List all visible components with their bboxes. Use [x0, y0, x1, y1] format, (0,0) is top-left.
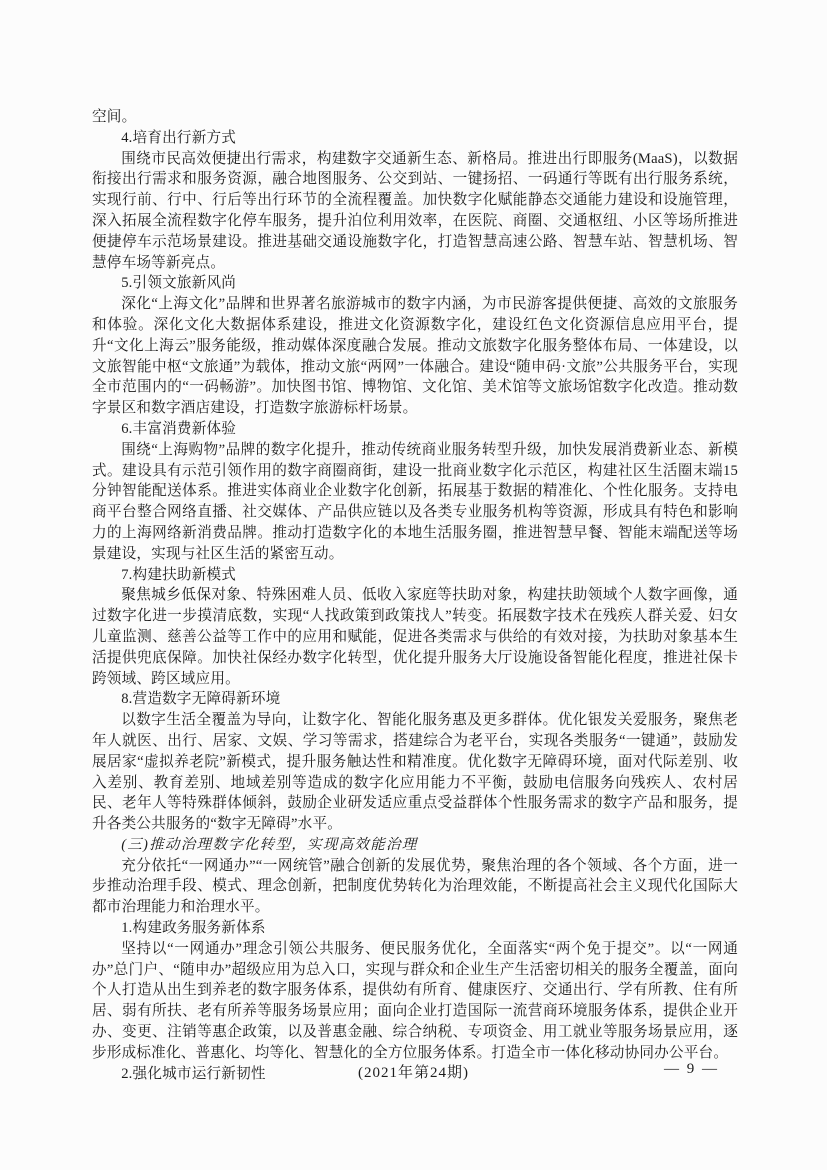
paragraph-consumption: 围绕“上海购物”品牌的数字化提升，推动传统商业服务转型升级，加快发展消费新业态、…	[92, 440, 738, 565]
body-text: 空间。 4.培育出行新方式 围绕市民高效便捷出行需求，构建数字交通新生态、新格局…	[92, 107, 738, 1084]
paragraph-travel: 围绕市民高效便捷出行需求，构建数字交通新生态、新格局。推进出行即服务(MaaS)…	[92, 149, 738, 274]
footer-page-number: — 9 —	[664, 1061, 719, 1078]
section-heading-7: 7.构建扶助新模式	[92, 565, 738, 586]
section-heading-5: 5.引领文旅新风尚	[92, 273, 738, 294]
section-heading-6: 6.丰富消费新体验	[92, 419, 738, 440]
paragraph-gov-services: 坚持以“一网通办”理念引领公共服务、便民服务优化，全面落实“两个免于提交”。以“…	[92, 939, 738, 1064]
paragraph-culture-tourism: 深化“上海文化”品牌和世界著名旅游城市的数字内涵，为市民游客提供便捷、高效的文旅…	[92, 294, 738, 419]
section-heading-8: 8.营造数字无障碍新环境	[92, 689, 738, 710]
paragraph-governance: 充分依托“一网通办”“一网统管”融合创新的发展优势，聚焦治理的各个领域、各个方面…	[92, 856, 738, 918]
subsection-heading-3: (三)推动治理数字化转型，实现高效能治理	[92, 835, 738, 856]
section-heading-1: 1.构建政务服务新体系	[92, 918, 738, 939]
paragraph-continuation: 空间。	[92, 107, 738, 128]
section-heading-4: 4.培育出行新方式	[92, 128, 738, 149]
document-page: 空间。 4.培育出行新方式 围绕市民高效便捷出行需求，构建数字交通新生态、新格局…	[0, 0, 827, 1170]
paragraph-assistance: 聚焦城乡低保对象、特殊困难人员、低收入家庭等扶助对象，构建扶助领域个人数字画像，…	[92, 585, 738, 689]
paragraph-accessibility: 以数字生活全覆盖为导向，让数字化、智能化服务惠及更多群体。优化银发关爱服务，聚焦…	[92, 710, 738, 835]
